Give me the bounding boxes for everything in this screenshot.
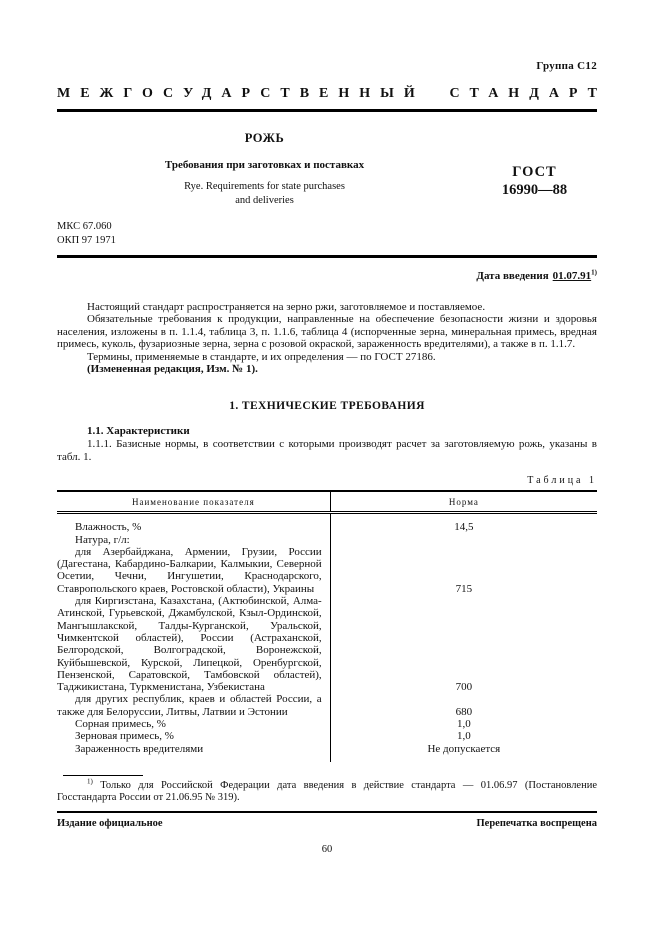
table-row: Влажность, % 14,5 [57,514,597,533]
table-header-row: Наименование показателя Норма [57,492,597,514]
date-footnote-mark: 1) [591,268,597,276]
table-cell-value: 1,0 [330,730,597,742]
table-value-text: 14,5 [454,521,473,533]
table-cell-label: для других республик, краев и областей Р… [57,693,330,718]
footnote-separator [63,775,143,776]
table-row: для Азербайджана, Армении, Грузии, Росси… [57,546,597,595]
subtitle-en-line-2: and deliveries [57,194,472,208]
table-cell-label: Натура, г/л: [57,534,330,546]
document-subtitle: Требования при заготовках и поставках [57,159,472,171]
table-cell-value: 1,0 [330,718,597,730]
standard-type-heading: МЕЖГОСУДАРСТВЕННЫЙ СТАНДАРТ [57,86,597,102]
okp-code: ОКП 97 1971 [57,234,597,248]
section-heading: 1. ТЕХНИЧЕСКИЕ ТРЕБОВАНИЯ [57,400,597,412]
document-subtitle-english: Rye. Requirements for state purchases an… [57,180,472,207]
table-value-text: 680 [456,706,473,718]
amended-note: (Измененная редакция, Изм. № 1). [57,363,597,375]
table-value-text: 1,0 [457,730,471,742]
table-cell-value: 14,5 [330,514,597,533]
date-value: 01.07.91 [553,270,592,282]
paragraph: Термины, применяемые в стандарте, и их о… [57,351,597,363]
table-cell-value: Не допускается [330,743,597,762]
table-cell-value: 700 [330,595,597,693]
standard-type-word-1: МЕЖГОСУДАРСТВЕННЫЙ [57,86,425,102]
gost-designation: ГОСТ 16990—88 [472,131,597,207]
subsection-heading: 1.1. Характеристики [57,425,597,437]
paragraph: Настоящий стандарт распространяется на з… [57,301,597,313]
body-text: Настоящий стандарт распространяется на з… [57,301,597,375]
table-cell-label: для Киргизстана, Казахстана, (Актюбинско… [57,595,330,693]
table-row: для Киргизстана, Казахстана, (Актюбинско… [57,595,597,693]
table-cell-value [330,534,597,546]
table-cell-label: для Азербайджана, Армении, Грузии, Росси… [57,546,330,595]
title-block: РОЖЬ Требования при заготовках и поставк… [57,131,597,207]
subtitle-en-line-1: Rye. Requirements for state purchases [57,180,472,194]
clause-text: 1.1.1. Базисные нормы, в соответствии с … [57,438,597,463]
date-of-introduction: Дата введения01.07.911) [57,270,597,282]
table-cell-label: Сорная примесь, % [57,718,330,730]
table-value-text: 715 [456,583,473,595]
table-row: Зараженность вредителями Не допускается [57,743,597,762]
classification-codes: МКС 67.060 ОКП 97 1971 [57,220,597,247]
footer: Издание официальное Перепечатка воспреще… [57,818,597,829]
mks-code: МКС 67.060 [57,220,597,234]
table-header-indicator: Наименование показателя [57,492,330,511]
footnote-text: Только для Российской Федерации дата вве… [57,780,597,804]
table-row: для других республик, краев и областей Р… [57,693,597,718]
table-caption: Таблица 1 [57,475,597,486]
title-bottom-rule [57,255,597,258]
table-cell-label: Влажность, % [57,514,330,533]
footer-reprint-notice: Перепечатка воспрещена [477,818,597,829]
table-cell-label: Зараженность вредителями [57,743,330,762]
paragraph: Обязательные требования к продукции, нап… [57,313,597,350]
table-value-text: 700 [456,681,473,693]
table-value-text: 1,0 [457,718,471,730]
document-page: Группа С12 МЕЖГОСУДАРСТВЕННЫЙ СТАНДАРТ Р… [0,0,661,936]
footer-official-edition: Издание официальное [57,818,163,829]
document-title: РОЖЬ [57,131,472,146]
header-rule [57,109,597,112]
table-row: Натура, г/л: [57,534,597,546]
page-number: 60 [57,844,597,855]
date-label: Дата введения [476,270,548,282]
table-header-norm: Норма [330,492,597,511]
footer-rule [57,811,597,813]
table-cell-label: Зерновая примесь, % [57,730,330,742]
gost-label: ГОСТ [472,164,597,181]
standard-type-word-2: СТАНДАРТ [449,86,607,102]
table-cell-value: 680 [330,693,597,718]
gost-number: 16990—88 [472,182,597,199]
title-center-column: РОЖЬ Требования при заготовках и поставк… [57,131,472,207]
table-row: Сорная примесь, % 1,0 [57,718,597,730]
table-value-text: Не допускается [427,743,500,755]
footnote: 1) Только для Российской Федерации дата … [57,780,597,805]
table-row: Зерновая примесь, % 1,0 [57,730,597,742]
table-cell-value: 715 [330,546,597,595]
norms-table: Наименование показателя Норма Влажность,… [57,490,597,762]
group-code: Группа С12 [57,60,597,72]
